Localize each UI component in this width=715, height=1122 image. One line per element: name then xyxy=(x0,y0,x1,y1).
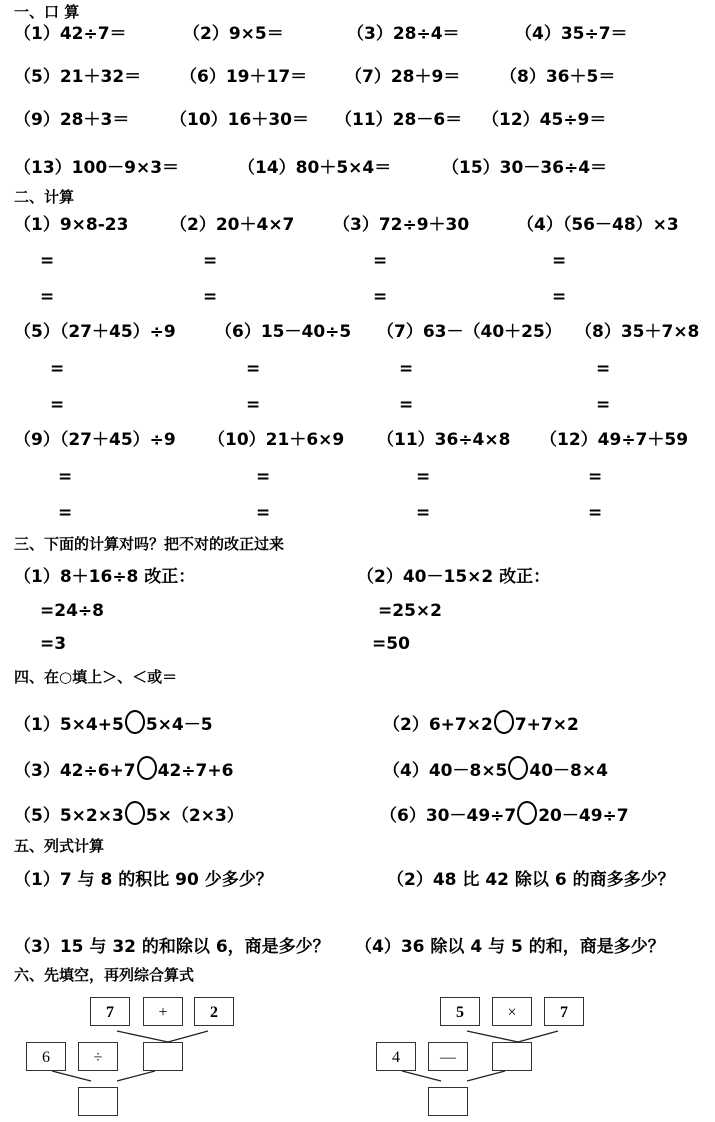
diagram2-middle-box-2: — xyxy=(428,1042,468,1071)
diagram1-middle-box-2: ÷ xyxy=(78,1042,118,1071)
diagram1-bottom-answer-box[interactable] xyxy=(78,1087,118,1116)
diagram2-top-box-1: 5 xyxy=(440,997,480,1026)
diagram2-middle-box-1: 4 xyxy=(376,1042,416,1071)
diagram1-middle-answer-box[interactable] xyxy=(143,1042,183,1071)
diagram-connector-lines xyxy=(0,0,715,1122)
diagram1-top-box-1: 7 xyxy=(90,997,130,1026)
diagram2-top-box-3: 7 xyxy=(544,997,584,1026)
diagram1-middle-box-1: 6 xyxy=(26,1042,66,1071)
diagram2-middle-answer-box[interactable] xyxy=(492,1042,532,1071)
diagram1-top-box-2: + xyxy=(143,997,183,1026)
diagram1-top-box-3: 2 xyxy=(194,997,234,1026)
diagram2-top-box-2: × xyxy=(492,997,532,1026)
diagram2-bottom-answer-box[interactable] xyxy=(428,1087,468,1116)
